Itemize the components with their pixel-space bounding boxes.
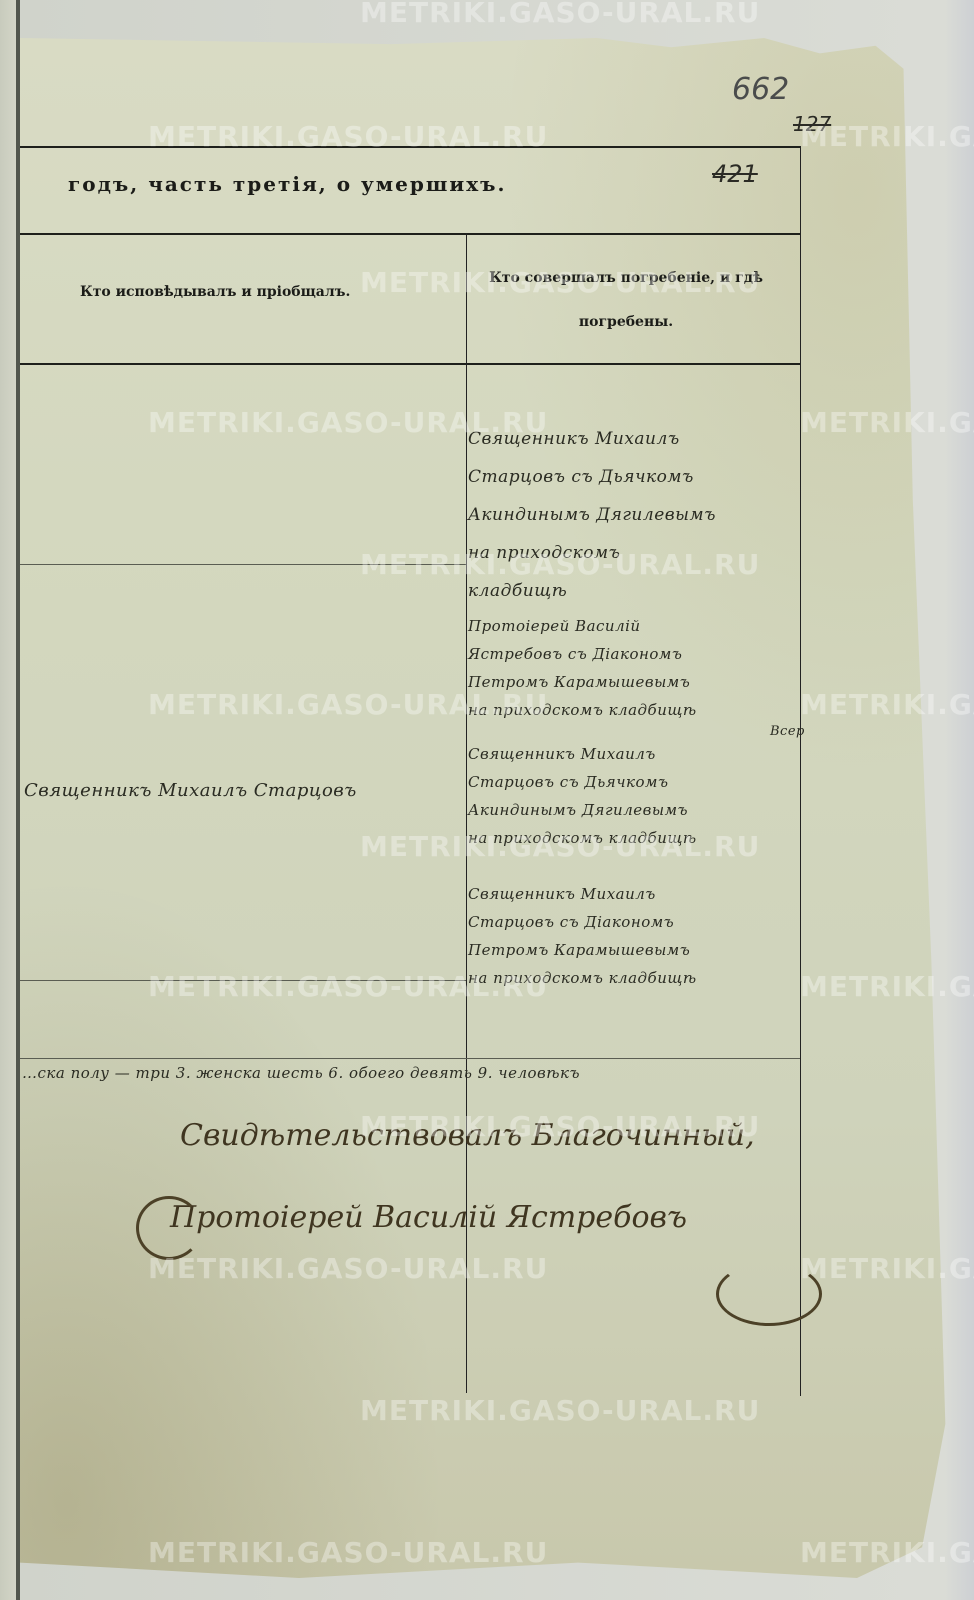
entry-line: Петромъ Карамышевымъ [468,936,788,964]
entry-line: Священникъ Михаилъ [468,740,788,768]
header-bottom-rule [20,233,800,235]
entry-line: Протоіерей Василій [468,612,788,640]
entry-line: на приходскомъ кладбищѣ [468,696,788,724]
signature-flourish [716,1262,822,1326]
entry-line: на приходскомъ кладбищѣ [468,824,788,852]
page-title: годъ, часть третія, о умершихъ. [68,172,506,196]
signature-flourish [136,1196,202,1260]
old-folio-number: 127 [793,112,831,136]
column-header-bottom-rule [20,363,800,365]
archive-page-number: 662 [732,72,789,107]
table-right-border [800,146,801,1396]
column-header-burial: Кто совершалъ погребеніе, и гдѣ погребен… [466,256,786,344]
header-top-rule [20,146,800,148]
entry-line: кладбищѣ [468,572,788,610]
column-header-confessor: Кто исповѣдывалъ и пріобщалъ. [80,284,350,300]
burial-entry-1: Священникъ Михаилъ Старцовъ съ Дьячкомъ … [468,420,788,610]
book-spine [16,0,20,1600]
row-divider [20,564,466,565]
margin-note: Всер [770,724,805,740]
entry-line: на приходскомъ [468,534,788,572]
attestation-signature: Протоіерей Василій Ястребовъ [170,1200,687,1235]
entry-line: Акиндинымъ Дягилевымъ [468,496,788,534]
totals-line: …ска полу — три 3. женска шесть 6. обоег… [22,1058,580,1088]
entry-line: на приходскомъ кладбищѣ [468,964,788,992]
entry-line: Старцовъ съ Дьячкомъ [468,458,788,496]
entry-line: Старцовъ съ Діакономъ [468,908,788,936]
entry-line: Петромъ Карамышевымъ [468,668,788,696]
row-divider [20,980,466,981]
burial-entry-4: Священникъ Михаилъ Старцовъ съ Діакономъ… [468,880,788,992]
entry-line: Акиндинымъ Дягилевымъ [468,796,788,824]
burial-entry-3: Священникъ Михаилъ Старцовъ съ Дьячкомъ … [468,740,788,852]
entry-line: Священникъ Михаилъ [468,880,788,908]
attestation-line-1: Свидѣтельствовалъ Благочинный, [180,1118,755,1153]
entry-line: Старцовъ съ Дьячкомъ [468,768,788,796]
record-number: 421 [712,160,758,188]
entry-line: Священникъ Михаилъ [468,420,788,458]
entry-line: Ястребовъ съ Діакономъ [468,640,788,668]
confessor-entry: Священникъ Михаилъ Старцовъ [24,772,357,810]
burial-entry-2: Протоіерей Василій Ястребовъ съ Діаконом… [468,612,788,724]
